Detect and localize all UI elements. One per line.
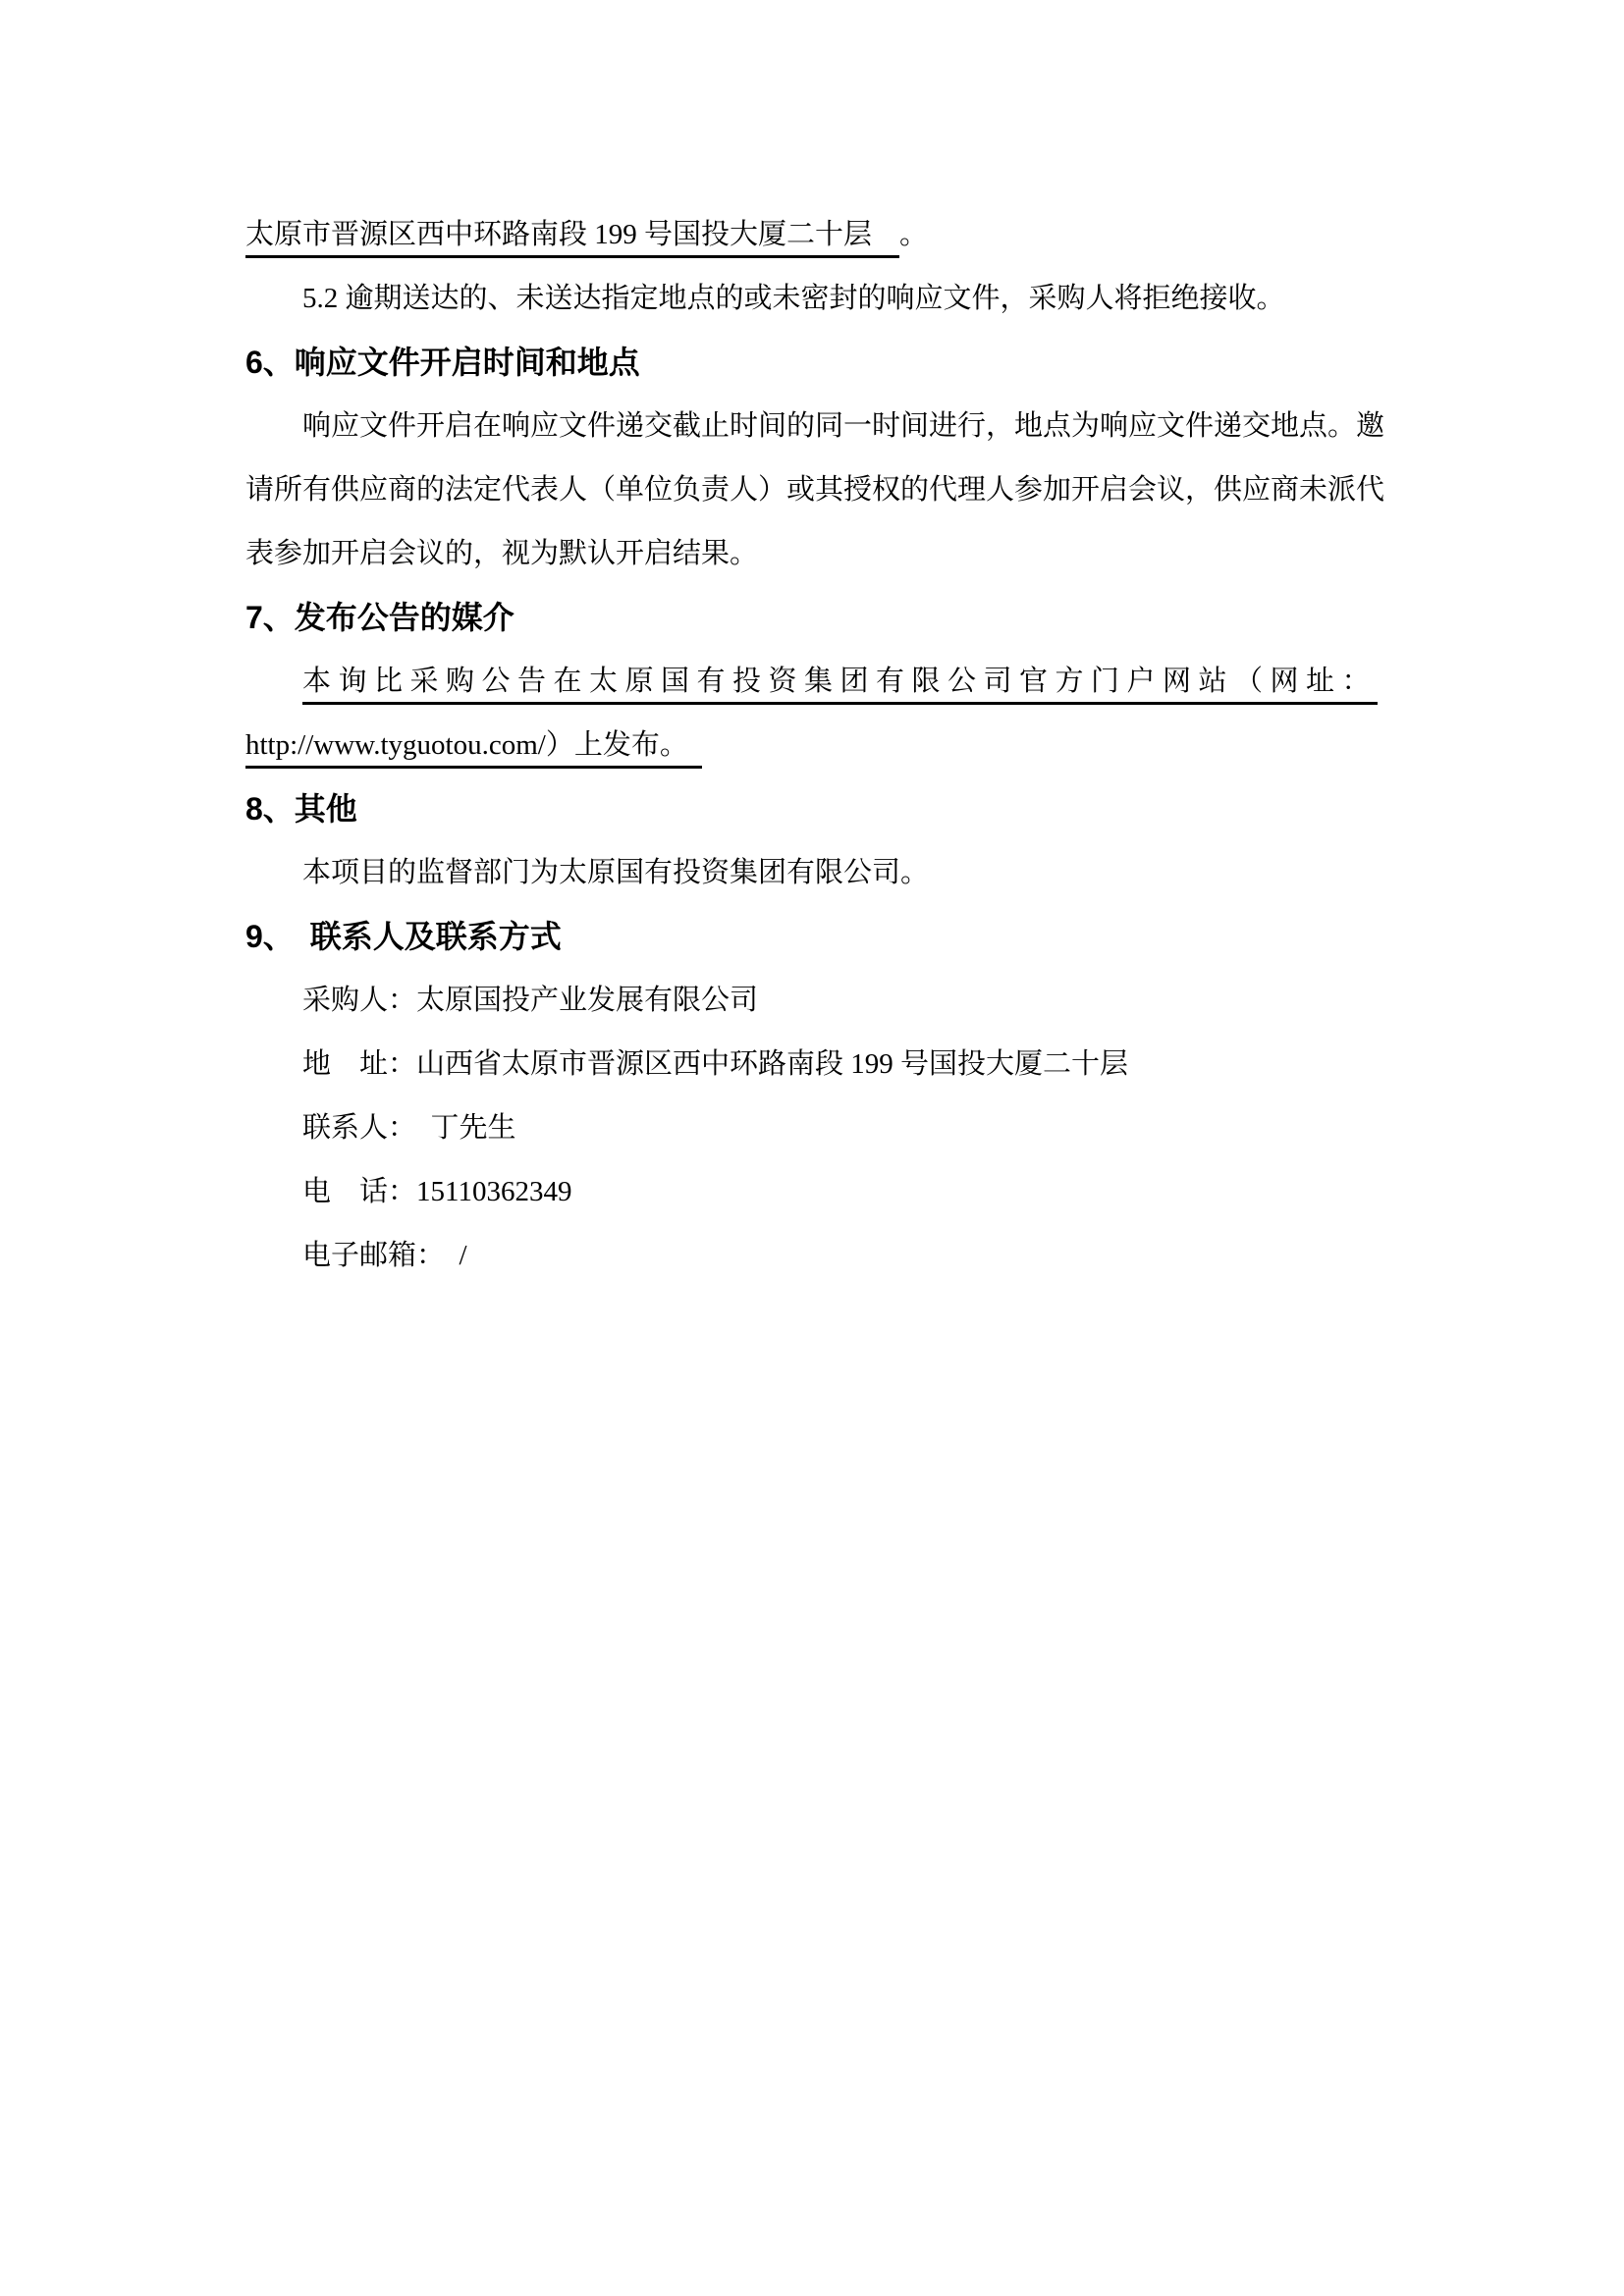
contact-row-email: 电子邮箱： / <box>245 1224 1380 1288</box>
document-page: 太原市晋源区西中环路南段 199 号国投大厦二十层。 5.2 逾期送达的、未送达… <box>0 0 1624 2296</box>
contact-label-purchaser: 采购人： <box>302 985 416 1016</box>
section-6-paragraph-line-1: 响应文件开启在响应文件递交截止时间的同一时间进行，地点为响应文件递交地点。邀 <box>245 395 1380 458</box>
section-9-heading: 9、 联系人及联系方式 <box>245 905 1380 969</box>
contact-value-person: 丁先生 <box>403 1112 516 1144</box>
contact-value-phone: 15110362349 <box>416 1176 571 1207</box>
contact-row-phone: 电 话：15110362349 <box>245 1160 1380 1224</box>
contact-row-address: 地 址：山西省太原市晋源区西中环路南段 199 号国投大厦二十层 <box>245 1033 1380 1096</box>
contact-label-email: 电子邮箱： <box>302 1240 431 1271</box>
clause-5-2: 5.2 逾期送达的、未送达指定地点的或未密封的响应文件，采购人将拒绝接收。 <box>245 267 1380 331</box>
contact-row-person: 联系人： 丁先生 <box>245 1096 1380 1160</box>
section-6-paragraph-line-3: 表参加开启会议的，视为默认开启结果。 <box>245 522 1380 586</box>
announcement-media-underlined-text: 本询比采购公告在太原国有投资集团有限公司官方门户网站（网址： <box>302 666 1378 705</box>
contact-value-purchaser: 太原国投产业发展有限公司 <box>416 985 758 1016</box>
contact-value-address: 山西省太原市晋源区西中环路南段 199 号国投大厦二十层 <box>416 1048 1128 1080</box>
contact-label-phone: 电 话： <box>302 1176 416 1207</box>
section-7-underlined-line-1: 本询比采购公告在太原国有投资集团有限公司官方门户网站（网址： <box>245 650 1380 714</box>
section-8-paragraph: 本项目的监督部门为太原国有投资集团有限公司。 <box>245 841 1380 905</box>
contact-label-person: 联系人： <box>302 1112 403 1144</box>
announcement-url-underlined-text: http://www.tyguotou.com/）上发布。 <box>245 729 702 769</box>
section-6-heading: 6、响应文件开启时间和地点 <box>245 331 1380 395</box>
delivery-address-line: 太原市晋源区西中环路南段 199 号国投大厦二十层。 <box>245 203 1380 267</box>
section-7-underlined-line-2: http://www.tyguotou.com/）上发布。 <box>245 714 1380 777</box>
delivery-address-period: 。 <box>899 219 928 250</box>
contact-row-purchaser: 采购人：太原国投产业发展有限公司 <box>245 969 1380 1033</box>
delivery-address-underlined: 太原市晋源区西中环路南段 199 号国投大厦二十层 <box>245 219 899 258</box>
section-7-heading: 7、发布公告的媒介 <box>245 586 1380 650</box>
contact-value-email: / <box>431 1240 467 1271</box>
section-6-paragraph-line-2: 请所有供应商的法定代表人（单位负责人）或其授权的代理人参加开启会议，供应商未派代 <box>245 458 1380 522</box>
section-8-heading: 8、其他 <box>245 777 1380 841</box>
contact-label-address: 地 址： <box>302 1048 416 1080</box>
